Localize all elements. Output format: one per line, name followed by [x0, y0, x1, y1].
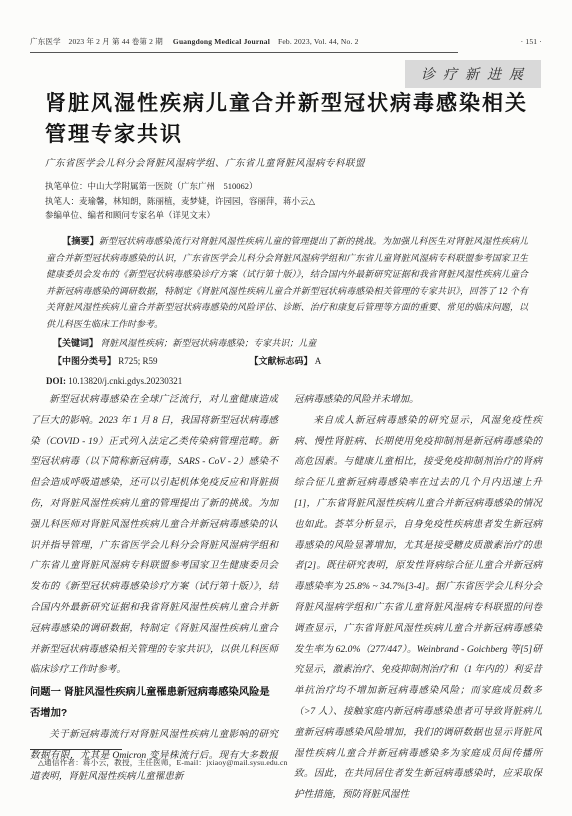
- doc-code-label: 【文献标志码】: [250, 356, 313, 366]
- corresponding-author-footnote: △通信作者：蒋小云，教授，主任医师，E-mail：jxiaoy@mail.sys…: [38, 757, 338, 768]
- author-group: 广东省医学会儿科分会肾脏风湿病学组、广东省儿童肾脏风湿病专科联盟: [45, 155, 535, 169]
- clc-pair: 【中图分类号】 R725; R59: [53, 353, 158, 370]
- abstract-section: 【摘要】新型冠状病毒感染流行对肾脏风湿性疾病儿童的管理提出了新的挑战。为加强儿科…: [46, 233, 528, 389]
- keywords-label: 【关键词】: [53, 338, 98, 348]
- body-paragraph-continuation: 冠病毒感染的风险并未增加。: [294, 390, 542, 411]
- footnote-rule: [30, 749, 122, 750]
- abstract-paragraph: 【摘要】新型冠状病毒感染流行对肾脏风湿性疾病儿童的管理提出了新的挑战。为加强儿科…: [46, 233, 528, 333]
- doi-value: 10.13820/j.cnki.gdys.20230321: [68, 376, 182, 386]
- article-title: 肾脏风湿性疾病儿童合并新型冠状病毒感染相关管理专家共识: [45, 88, 535, 150]
- header-rule: [30, 52, 458, 53]
- journal-name-cn: 广东医学 2023 年 2 月 第 44 卷第 2 期: [30, 36, 163, 47]
- doc-code-value: A: [315, 356, 322, 366]
- doi-line: DOI: 10.13820/j.cnki.gdys.20230321: [46, 373, 528, 390]
- contributors-line: 参编单位、编者和顾问专家名单（详见文末）: [45, 208, 535, 223]
- page-number: · 151 ·: [521, 37, 542, 46]
- clc-label: 【中图分类号】: [53, 356, 116, 366]
- keywords-line: 【关键词】 肾脏风湿性疾病；新型冠状病毒感染；专家共识；儿童: [46, 335, 528, 352]
- doi-label: DOI:: [46, 376, 66, 386]
- journal-issue-en: Feb. 2023, Vol. 44, No. 2: [278, 37, 359, 46]
- affiliation-line: 执笔单位：中山大学附属第一医院（广东广州 510062）: [45, 179, 535, 194]
- doc-code-pair: 【文献标志码】 A: [250, 353, 322, 370]
- classification-line: 【中图分类号】 R725; R59 【文献标志码】 A: [46, 353, 528, 370]
- journal-name-en: Guangdong Medical Journal: [173, 37, 270, 46]
- body-paragraph: 来自成人新冠病毒感染的研究显示，风湿免疫性疾病、慢性肾脏病、长期使用免疫抑制剂是…: [294, 411, 542, 806]
- journal-header: 广东医学 2023 年 2 月 第 44 卷第 2 期 Guangdong Me…: [30, 36, 542, 47]
- column-tag: 诊疗新进展: [405, 60, 541, 88]
- body-paragraph: 新型冠状病毒感染在全球广泛流行，对儿童健康造成了巨大的影响。2023 年 1 月…: [30, 390, 278, 681]
- clc-value: R725; R59: [118, 356, 157, 366]
- body-column-right: 冠病毒感染的风险并未增加。 来自成人新冠病毒感染的研究显示，风湿免疫性疾病、慢性…: [294, 390, 542, 774]
- abstract-text: 新型冠状病毒感染流行对肾脏风湿性疾病儿童的管理提出了新的挑战。为加强儿科医生对肾…: [46, 236, 528, 329]
- abstract-label: 【摘要】: [62, 236, 99, 246]
- affiliation-block: 执笔单位：中山大学附属第一医院（广东广州 510062） 执笔人：麦瑜馨，林知朗…: [45, 179, 535, 223]
- keywords-text: 肾脏风湿性疾病；新型冠状病毒感染；专家共识；儿童: [100, 338, 316, 348]
- writers-line: 执笔人：麦瑜馨，林知朗，陈丽植，麦梦婕，许园园，容丽萍，蒋小云△: [45, 194, 535, 209]
- body-column-left: 新型冠状病毒感染在全球广泛流行，对儿童健康造成了巨大的影响。2023 年 1 月…: [30, 390, 278, 750]
- question-1-heading: 问题一 肾脏风湿性疾病儿童罹患新冠病毒感染风险是否增加?: [30, 683, 278, 724]
